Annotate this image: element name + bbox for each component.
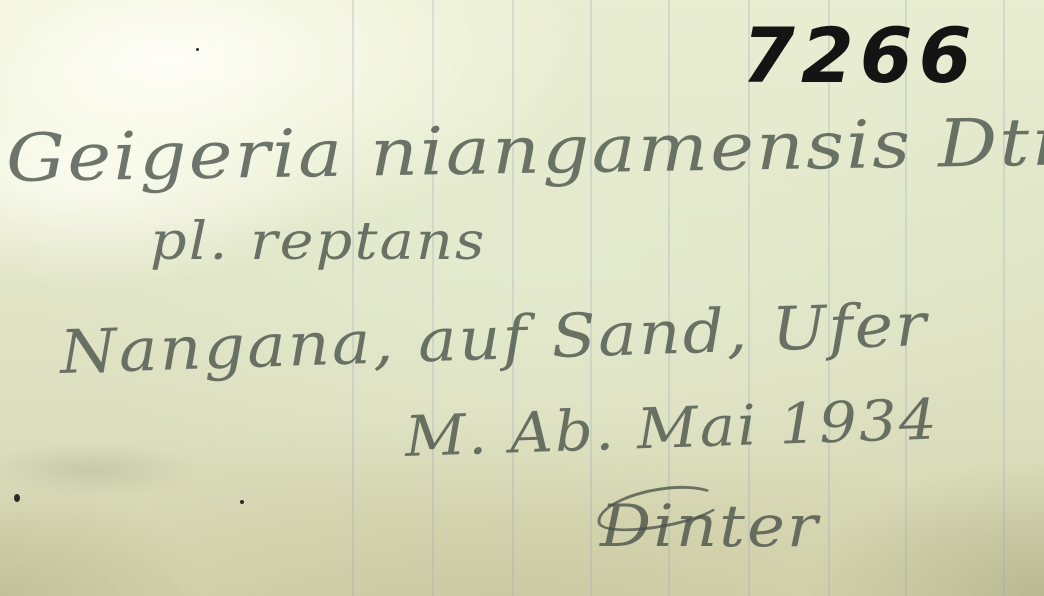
paper-rule-line xyxy=(1003,0,1005,596)
paper-rule-line xyxy=(352,0,354,596)
collector-signature: Dinter xyxy=(600,492,820,560)
paper-rule-line xyxy=(432,0,434,596)
paper-crease xyxy=(0,440,200,500)
catalog-number: 7266 xyxy=(742,18,978,94)
paper-speck xyxy=(14,494,20,502)
habit-note: pl. reptans xyxy=(150,212,487,272)
paper-speck xyxy=(196,48,199,51)
paper-speck xyxy=(240,500,244,504)
paper-rule-line xyxy=(512,0,514,596)
paper-rule-line xyxy=(590,0,592,596)
